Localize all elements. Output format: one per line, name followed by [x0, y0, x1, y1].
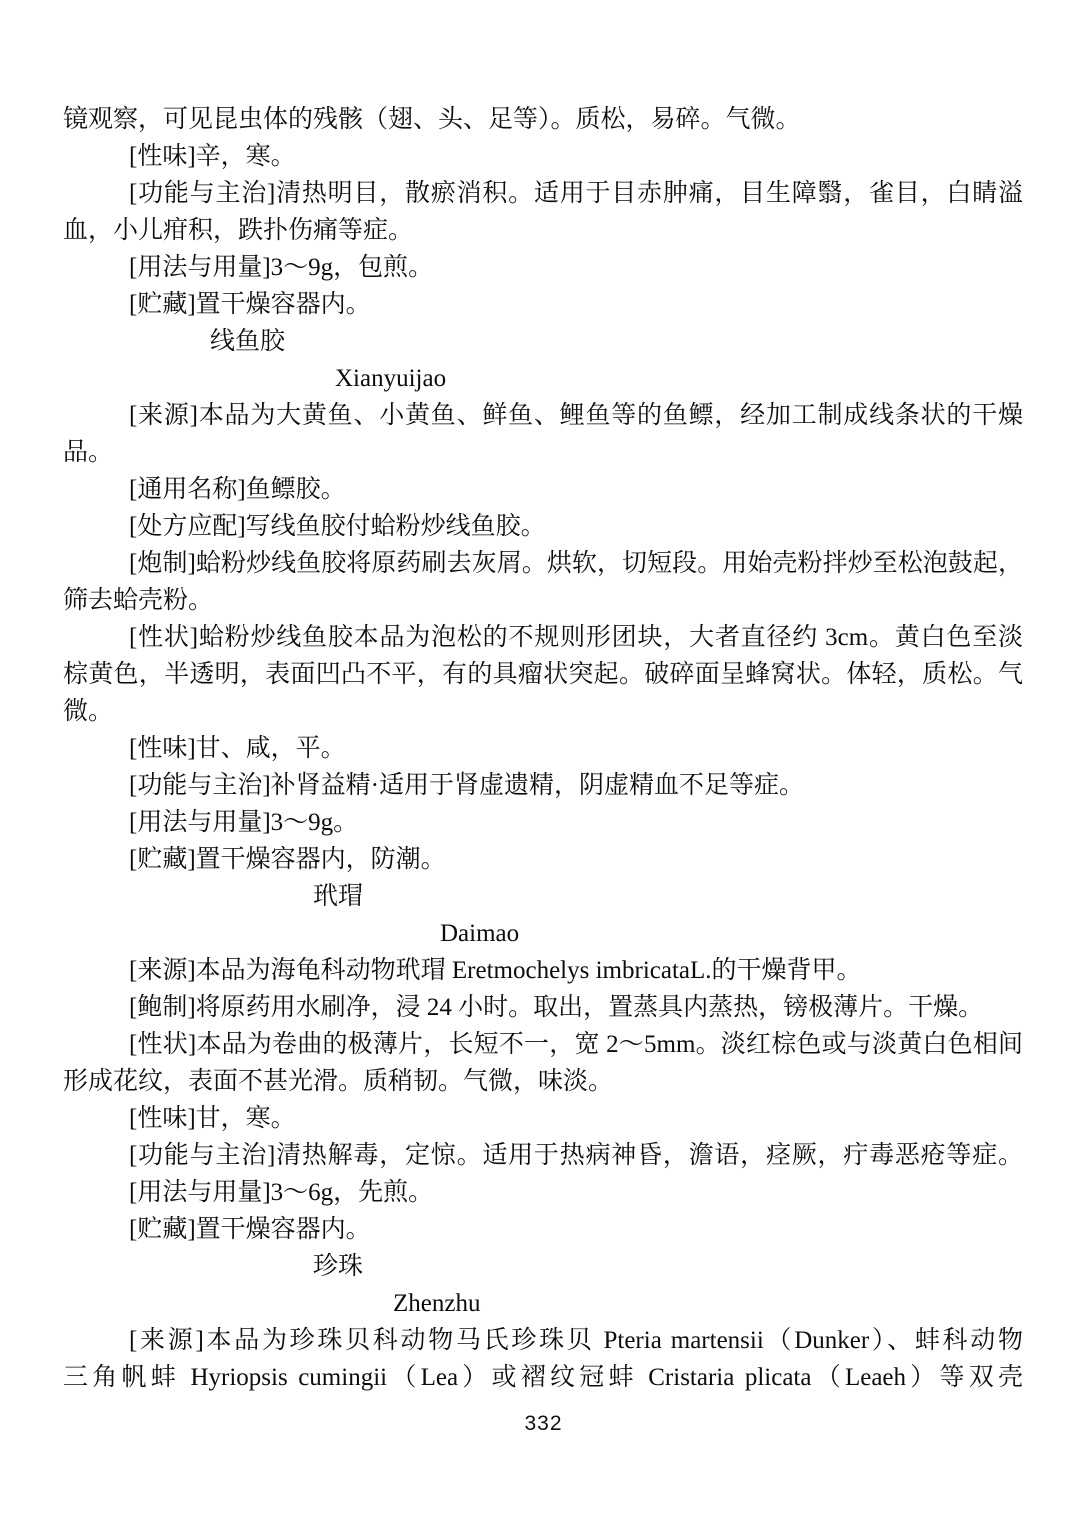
- document-page: 镜观察，可见昆虫体的残骸（翅、头、足等）。质松，易碎。气微。 [性味]辛，寒。 …: [0, 0, 1087, 1536]
- body-line: [贮藏]置干燥容器内。: [63, 1211, 1023, 1248]
- body-line: [通用名称]鱼鳔胶。: [63, 471, 1023, 508]
- body-line: [处方应配]写线鱼胶付蛤粉炒线鱼胶。: [63, 508, 1023, 545]
- body-line: 三角帆蚌 Hyriopsis cumingii（Lea）或褶纹冠蚌 Crista…: [63, 1359, 1023, 1396]
- body-line: [功能与主治]补肾益精·适用于肾虚遗精，阴虚精血不足等症。: [63, 767, 1023, 804]
- body-line: [性状]本品为卷曲的极薄片，长短不一，宽 2～5mm。淡红棕色或与淡黄白色相间: [63, 1026, 1023, 1063]
- body-line: [炮制]蛤粉炒线鱼胶将原药刷去灰屑。烘软，切短段。用始壳粉拌炒至松泡鼓起，: [63, 545, 1023, 582]
- body-line: [性味]辛，寒。: [63, 138, 1023, 175]
- body-line: 镜观察，可见昆虫体的残骸（翅、头、足等）。质松，易碎。气微。: [63, 101, 1023, 138]
- entry-title-pinyin: Xianyuijao: [63, 360, 1023, 397]
- body-line: [来源]本品为珍珠贝科动物马氏珍珠贝 Pteria martensii（Dunk…: [63, 1322, 1023, 1359]
- body-line: [功能与主治]清热解毒，定惊。适用于热病神昏，澹语，痉厥，疔毒恶疮等症。: [63, 1137, 1023, 1174]
- body-line: [来源]本品为大黄鱼、小黄鱼、鲜鱼、鲤鱼等的鱼鳔，经加工制成线条状的干燥: [63, 397, 1023, 434]
- body-line: [性味]甘、咸，平。: [63, 730, 1023, 767]
- body-line: 棕黄色，半透明，表面凹凸不平，有的具瘤状突起。破碎面呈蜂窝状。体轻，质松。气: [63, 656, 1023, 693]
- body-line: [用法与用量]3～9g，包煎。: [63, 249, 1023, 286]
- text-block: 镜观察，可见昆虫体的残骸（翅、头、足等）。质松，易碎。气微。 [性味]辛，寒。 …: [63, 101, 1023, 1396]
- body-line: [性状]蛤粉炒线鱼胶本品为泡松的不规则形团块，大者直径约 3cm。黄白色至淡: [63, 619, 1023, 656]
- body-line: [来源]本品为海龟科动物玳瑁 Eretmochelys imbricataL.的…: [63, 952, 1023, 989]
- page-number: 332: [0, 1412, 1087, 1436]
- entry-title-pinyin: Daimao: [63, 915, 1023, 952]
- body-line: [贮藏]置干燥容器内，防潮。: [63, 841, 1023, 878]
- body-line: 微。: [63, 693, 1023, 730]
- body-line: [性味]甘，寒。: [63, 1100, 1023, 1137]
- entry-title-cn: 玳瑁: [63, 878, 1023, 915]
- body-line: 血，小儿疳积，跌扑伤痛等症。: [63, 212, 1023, 249]
- body-line: [用法与用量]3～9g。: [63, 804, 1023, 841]
- entry-title-pinyin: Zhenzhu: [63, 1285, 1023, 1322]
- body-line: [功能与主治]清热明目，散瘀消积。适用于目赤肿痛，目生障翳，雀目，白睛溢: [63, 175, 1023, 212]
- body-line: [贮藏]置干燥容器内。: [63, 286, 1023, 323]
- body-line: [鲍制]将原药用水刷净，浸 24 小时。取出，置蒸具内蒸热，镑极薄片。干燥。: [63, 989, 1023, 1026]
- entry-title-cn: 线鱼胶: [63, 323, 1023, 360]
- body-line: 品。: [63, 434, 1023, 471]
- body-line: [用法与用量]3～6g，先煎。: [63, 1174, 1023, 1211]
- body-line: 形成花纹，表面不甚光滑。质稍韧。气微，味淡。: [63, 1063, 1023, 1100]
- entry-title-cn: 珍珠: [63, 1248, 1023, 1285]
- body-line: 筛去蛤壳粉。: [63, 582, 1023, 619]
